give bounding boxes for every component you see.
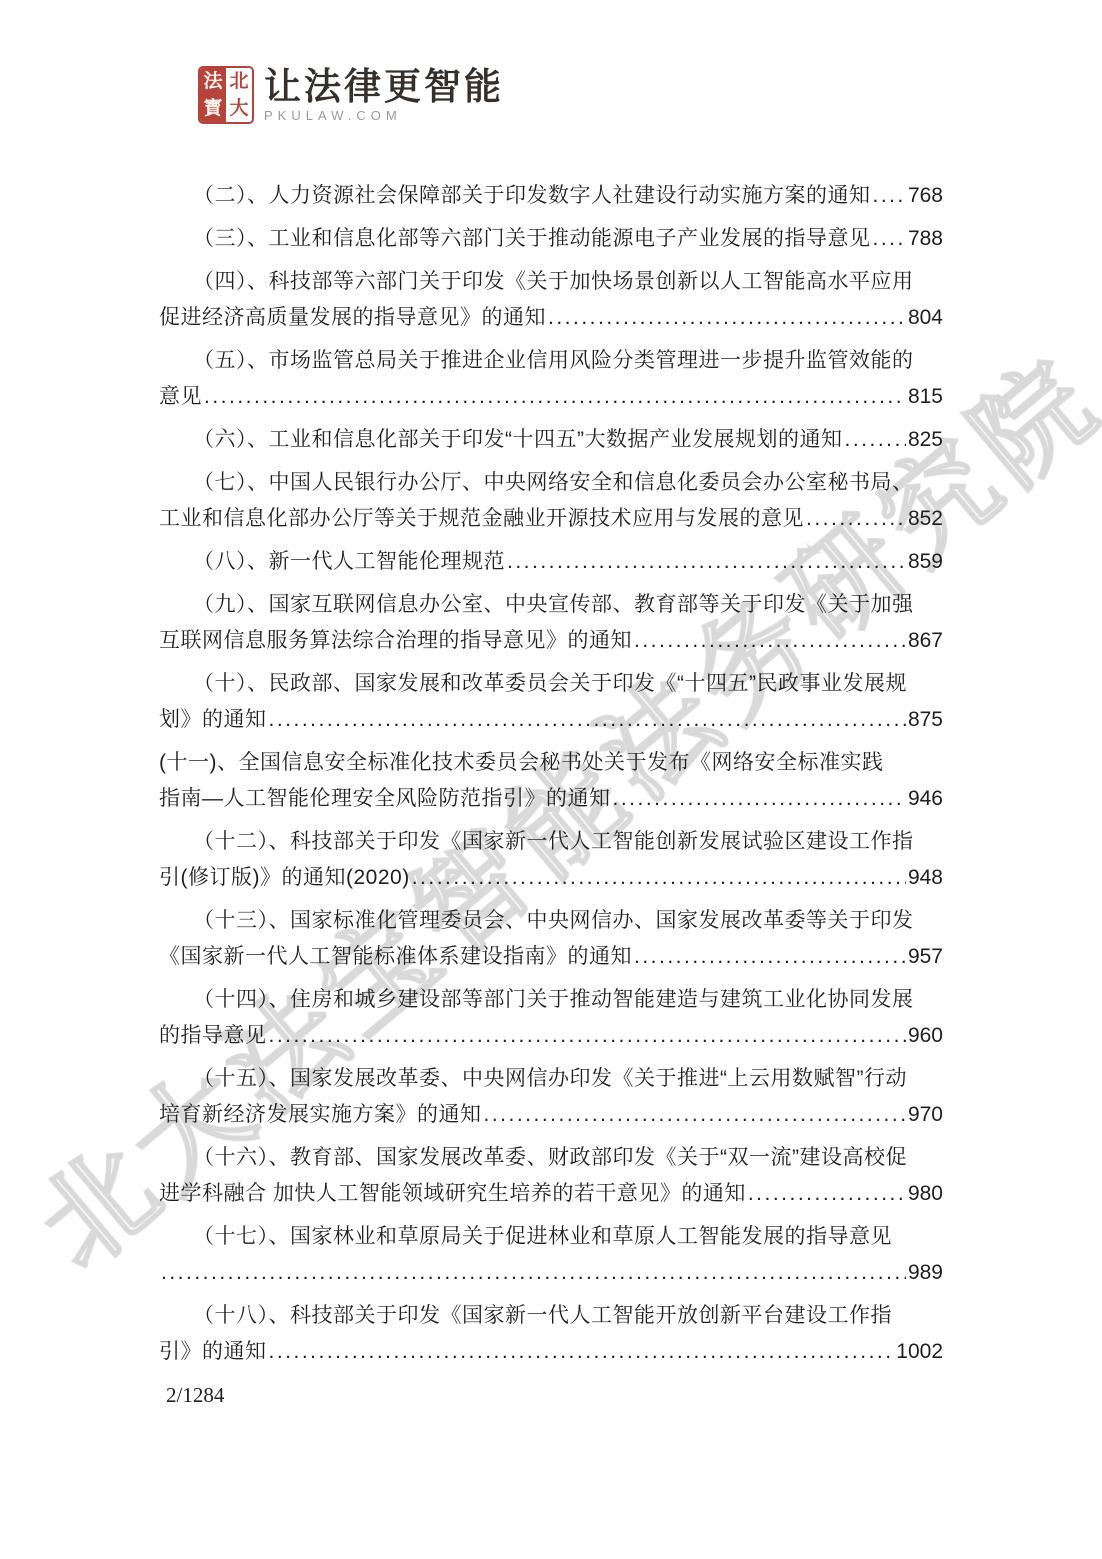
toc-entry-line: （五）、市场监管总局关于推进企业信用风险分类管理进一步提升监管效能的 — [159, 343, 943, 379]
seal-char: 法 — [200, 68, 226, 95]
toc-entry-text: 互联网信息服务算法综合治理的指导意见》的通知 — [159, 623, 632, 659]
toc-entry-text: （十六）、教育部、国家发展改革委、财政部印发《关于“双一流”建设高校促 — [193, 1140, 907, 1176]
toc-entry-line: 培育新经济发展实施方案》的通知.........................… — [159, 1097, 943, 1133]
toc-entry-text: 培育新经济发展实施方案》的通知 — [159, 1097, 482, 1133]
toc-entry-line: 引(修订版)》的通知(2020)........................… — [159, 860, 943, 896]
toc-entry-text: （十）、民政部、国家发展和改革委员会关于印发《“十四五”民政事业发展规 — [193, 666, 907, 702]
dot-leader: ........................................… — [269, 1018, 906, 1054]
toc-entry-text: 引(修订版)》的通知(2020) — [159, 860, 410, 896]
toc-page-number: 815 — [908, 379, 943, 415]
toc-entry-line: （九）、国家互联网信息办公室、中央宣传部、教育部等关于印发《关于加强 — [159, 587, 943, 623]
toc-page-number: 946 — [908, 781, 943, 817]
toc-entry-line: （十七）、国家林业和草原局关于促进林业和草原人工智能发展的指导意见 — [159, 1219, 943, 1255]
toc-entry-line: 意见......................................… — [159, 379, 943, 415]
toc-entry: （三）、工业和信息化部等六部门关于推动能源电子产业发展的指导意见........… — [159, 221, 943, 257]
toc-page-number: 788 — [908, 221, 943, 257]
dot-leader: ........................................… — [269, 702, 906, 738]
toc-page-number: 957 — [908, 939, 943, 975]
dot-leader: ........................................… — [844, 422, 905, 458]
toc-entry: （四）、科技部等六部门关于印发《关于加快场景创新以人工智能高水平应用促进经济高质… — [159, 264, 943, 336]
dot-leader: ........................................… — [507, 544, 906, 580]
dot-leader: ........................................… — [634, 623, 906, 659]
toc-entry: （十六）、教育部、国家发展改革委、财政部印发《关于“双一流”建设高校促进学科融合… — [159, 1140, 943, 1212]
toc-entry-text: 《国家新一代人工智能标准体系建设指南》的通知 — [159, 939, 632, 975]
dot-leader: ........................................… — [873, 178, 906, 214]
toc-page-number: 852 — [908, 501, 943, 537]
toc-entry-text: （八）、新一代人工智能伦理规范 — [193, 544, 505, 580]
toc-entry: （十四）、住房和城乡建设部等部门关于推动智能建造与建筑工业化协同发展的指导意见.… — [159, 982, 943, 1054]
toc-entry-line: 指南—人工智能伦理安全风险防范指引》的通知...................… — [159, 781, 943, 817]
toc-page-number: 1002 — [896, 1334, 943, 1370]
toc-page-number: 960 — [908, 1018, 943, 1054]
pkulaw-seal-icon: 法 北 寳 大 — [198, 66, 254, 124]
toc-entry-text: （十八）、科技部关于印发《国家新一代人工智能开放创新平台建设工作指 — [193, 1298, 892, 1334]
toc-entry-text: （十五）、国家发展改革委、中央网信办印发《关于推进“上云用数赋智”行动 — [193, 1061, 907, 1097]
toc-entry: （十八）、科技部关于印发《国家新一代人工智能开放创新平台建设工作指引》的通知..… — [159, 1298, 943, 1370]
toc-entry: （六）、工业和信息化部关于印发“十四五”大数据产业发展规划的通知........… — [159, 422, 943, 458]
toc-entry-line: 的指导意见...................................… — [159, 1018, 943, 1054]
toc-page-number: 989 — [908, 1255, 943, 1291]
toc-entry-text: （六）、工业和信息化部关于印发“十四五”大数据产业发展规划的通知 — [193, 422, 842, 458]
toc-entry-line: 工业和信息化部办公厅等关于规范金融业开源技术应用与发展的意见..........… — [159, 501, 943, 537]
dot-leader: ........................................… — [484, 1097, 906, 1133]
toc-entry: （十）、民政部、国家发展和改革委员会关于印发《“十四五”民政事业发展规划》的通知… — [159, 666, 943, 738]
toc-page-number: 859 — [908, 544, 943, 580]
toc-page-number: 825 — [908, 422, 943, 458]
toc-page-number: 804 — [908, 300, 943, 336]
toc-page-number: 867 — [908, 623, 943, 659]
toc-entry: （七）、中国人民银行办公厅、中央网络安全和信息化委员会办公室秘书局、工业和信息化… — [159, 465, 943, 537]
toc-entry-line: 引》的通知...................................… — [159, 1334, 943, 1370]
toc-entry-line: ........................................… — [159, 1255, 943, 1291]
toc-entry-text: 进学科融合 加快人工智能领域研究生培养的若干意见》的通知 — [159, 1176, 746, 1212]
toc-entry-text: （七）、中国人民银行办公厅、中央网络安全和信息化委员会办公室秘书局、 — [193, 465, 914, 501]
table-of-contents: （二）、人力资源社会保障部关于印发数字人社建设行动实施方案的通知........… — [159, 178, 943, 1377]
dot-leader: ........................................… — [748, 1176, 906, 1212]
toc-entry: （十七）、国家林业和草原局关于促进林业和草原人工智能发展的指导意见.......… — [159, 1219, 943, 1291]
logo-domain-text: PKULAW.COM — [264, 108, 504, 123]
toc-entry-line: 《国家新一代人工智能标准体系建设指南》的通知..................… — [159, 939, 943, 975]
toc-entry: （二）、人力资源社会保障部关于印发数字人社建设行动实施方案的通知........… — [159, 178, 943, 214]
toc-entry-text: 工业和信息化部办公厅等关于规范金融业开源技术应用与发展的意见 — [159, 501, 804, 537]
logo-text: 让法律更智能 PKULAW.COM — [264, 66, 504, 123]
toc-entry-line: （三）、工业和信息化部等六部门关于推动能源电子产业发展的指导意见........… — [159, 221, 943, 257]
toc-entry-text: 指南—人工智能伦理安全风险防范指引》的通知 — [159, 781, 611, 817]
toc-entry-line: （六）、工业和信息化部关于印发“十四五”大数据产业发展规划的通知........… — [159, 422, 943, 458]
toc-entry-text: 引》的通知 — [159, 1334, 267, 1370]
toc-entry: （五）、市场监管总局关于推进企业信用风险分类管理进一步提升监管效能的意见....… — [159, 343, 943, 415]
toc-page-number: 980 — [908, 1176, 943, 1212]
toc-page-number: 768 — [908, 178, 943, 214]
seal-char: 寳 — [200, 95, 226, 122]
toc-entry-text: （九）、国家互联网信息办公室、中央宣传部、教育部等关于印发《关于加强 — [193, 587, 914, 623]
toc-entry-line: （十）、民政部、国家发展和改革委员会关于印发《“十四五”民政事业发展规 — [159, 666, 943, 702]
toc-entry-line: (十一)、全国信息安全标准化技术委员会秘书处关于发布《网络安全标准实践 — [159, 745, 943, 781]
toc-entry-text: 意见 — [159, 379, 202, 415]
toc-entry-line: 进学科融合 加快人工智能领域研究生培养的若干意见》的通知............… — [159, 1176, 943, 1212]
toc-entry-text: （十七）、国家林业和草原局关于促进林业和草原人工智能发展的指导意见 — [193, 1219, 892, 1255]
dot-leader: ........................................… — [548, 300, 906, 336]
dot-leader: ........................................… — [161, 1255, 906, 1291]
toc-entry-line: 划》的通知...................................… — [159, 702, 943, 738]
dot-leader: ........................................… — [806, 501, 906, 537]
toc-entry-text: （二）、人力资源社会保障部关于印发数字人社建设行动实施方案的通知 — [193, 178, 871, 214]
page-number: 2/1284 — [166, 1383, 224, 1408]
toc-entry-text: （四）、科技部等六部门关于印发《关于加快场景创新以人工智能高水平应用 — [193, 264, 914, 300]
dot-leader: ........................................… — [269, 1334, 895, 1370]
toc-entry: （十二）、科技部关于印发《国家新一代人工智能创新发展试验区建设工作指引(修订版)… — [159, 824, 943, 896]
pkulaw-logo: 法 北 寳 大 让法律更智能 PKULAW.COM — [198, 66, 504, 124]
toc-entry-line: （八）、新一代人工智能伦理规范.........................… — [159, 544, 943, 580]
toc-page-number: 970 — [908, 1097, 943, 1133]
seal-char: 北 — [226, 68, 252, 95]
toc-entry-line: （四）、科技部等六部门关于印发《关于加快场景创新以人工智能高水平应用 — [159, 264, 943, 300]
toc-entry-text: 的指导意见 — [159, 1018, 267, 1054]
toc-entry-text: （五）、市场监管总局关于推进企业信用风险分类管理进一步提升监管效能的 — [193, 343, 914, 379]
dot-leader: ........................................… — [412, 860, 906, 896]
toc-entry-text: （十四）、住房和城乡建设部等部门关于推动智能建造与建筑工业化协同发展 — [193, 982, 914, 1018]
toc-entry-line: （二）、人力资源社会保障部关于印发数字人社建设行动实施方案的通知........… — [159, 178, 943, 214]
toc-entry-line: （十四）、住房和城乡建设部等部门关于推动智能建造与建筑工业化协同发展 — [159, 982, 943, 1018]
dot-leader: ........................................… — [634, 939, 906, 975]
dot-leader: ........................................… — [204, 379, 906, 415]
toc-entry: （十三）、国家标准化管理委员会、中央网信办、国家发展改革委等关于印发《国家新一代… — [159, 903, 943, 975]
toc-entry-text: （十三）、国家标准化管理委员会、中央网信办、国家发展改革委等关于印发 — [193, 903, 914, 939]
toc-entry-line: （十三）、国家标准化管理委员会、中央网信办、国家发展改革委等关于印发 — [159, 903, 943, 939]
toc-entry-line: （七）、中国人民银行办公厅、中央网络安全和信息化委员会办公室秘书局、 — [159, 465, 943, 501]
toc-entry: （十五）、国家发展改革委、中央网信办印发《关于推进“上云用数赋智”行动培育新经济… — [159, 1061, 943, 1133]
toc-entry-line: （十五）、国家发展改革委、中央网信办印发《关于推进“上云用数赋智”行动 — [159, 1061, 943, 1097]
dot-leader: ........................................… — [613, 781, 906, 817]
toc-entry-line: （十八）、科技部关于印发《国家新一代人工智能开放创新平台建设工作指 — [159, 1298, 943, 1334]
toc-entry-line: （十六）、教育部、国家发展改革委、财政部印发《关于“双一流”建设高校促 — [159, 1140, 943, 1176]
toc-entry-text: （三）、工业和信息化部等六部门关于推动能源电子产业发展的指导意见 — [193, 221, 871, 257]
toc-entry-line: 互联网信息服务算法综合治理的指导意见》的通知..................… — [159, 623, 943, 659]
toc-entry: （八）、新一代人工智能伦理规范.........................… — [159, 544, 943, 580]
toc-page-number: 948 — [908, 860, 943, 896]
toc-entry-line: （十二）、科技部关于印发《国家新一代人工智能创新发展试验区建设工作指 — [159, 824, 943, 860]
toc-entry-text: (十一)、全国信息安全标准化技术委员会秘书处关于发布《网络安全标准实践 — [159, 745, 883, 781]
seal-char: 大 — [226, 95, 252, 122]
toc-entry: (十一)、全国信息安全标准化技术委员会秘书处关于发布《网络安全标准实践指南—人工… — [159, 745, 943, 817]
toc-entry-text: （十二）、科技部关于印发《国家新一代人工智能创新发展试验区建设工作指 — [193, 824, 914, 860]
toc-entry-text: 划》的通知 — [159, 702, 267, 738]
logo-slogan: 让法律更智能 — [264, 66, 504, 106]
toc-entry-line: 促进经济高质量发展的指导意见》的通知......................… — [159, 300, 943, 336]
toc-entry: （九）、国家互联网信息办公室、中央宣传部、教育部等关于印发《关于加强互联网信息服… — [159, 587, 943, 659]
dot-leader: ........................................… — [873, 221, 906, 257]
toc-page-number: 875 — [908, 702, 943, 738]
toc-entry-text: 促进经济高质量发展的指导意见》的通知 — [159, 300, 546, 336]
